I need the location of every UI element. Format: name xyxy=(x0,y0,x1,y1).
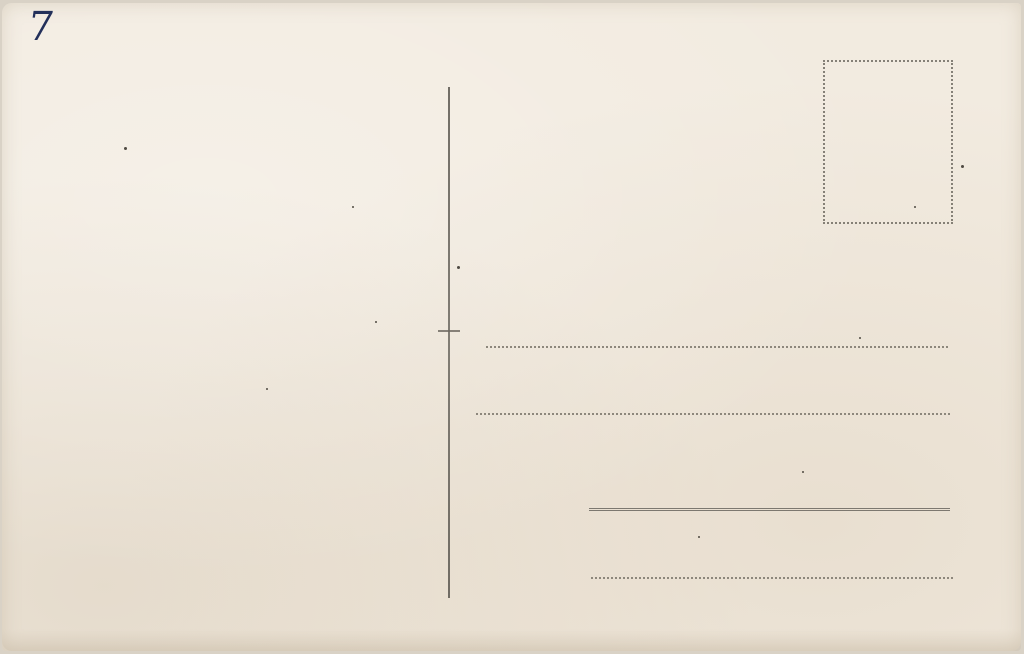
divider-crossmark xyxy=(438,330,460,332)
paper-speck xyxy=(961,165,964,168)
postcard-back: 7 xyxy=(2,3,1021,651)
paper-speck xyxy=(457,266,460,269)
address-line-3 xyxy=(589,508,950,511)
paper-speck xyxy=(266,388,268,390)
message-area xyxy=(22,83,432,603)
card-edge-shadow xyxy=(2,629,1021,651)
address-line-1 xyxy=(486,346,948,348)
paper-speck xyxy=(375,321,377,323)
paper-speck xyxy=(698,536,700,538)
paper-speck xyxy=(352,206,354,208)
address-line-2 xyxy=(476,413,950,415)
address-line-4 xyxy=(591,577,953,579)
paper-speck xyxy=(124,147,127,150)
paper-speck xyxy=(914,206,916,208)
stamp-placeholder-box xyxy=(823,60,953,224)
handwritten-number: 7 xyxy=(25,7,56,47)
paper-speck xyxy=(802,471,804,473)
center-divider-line xyxy=(448,87,450,598)
paper-speck xyxy=(859,337,861,339)
